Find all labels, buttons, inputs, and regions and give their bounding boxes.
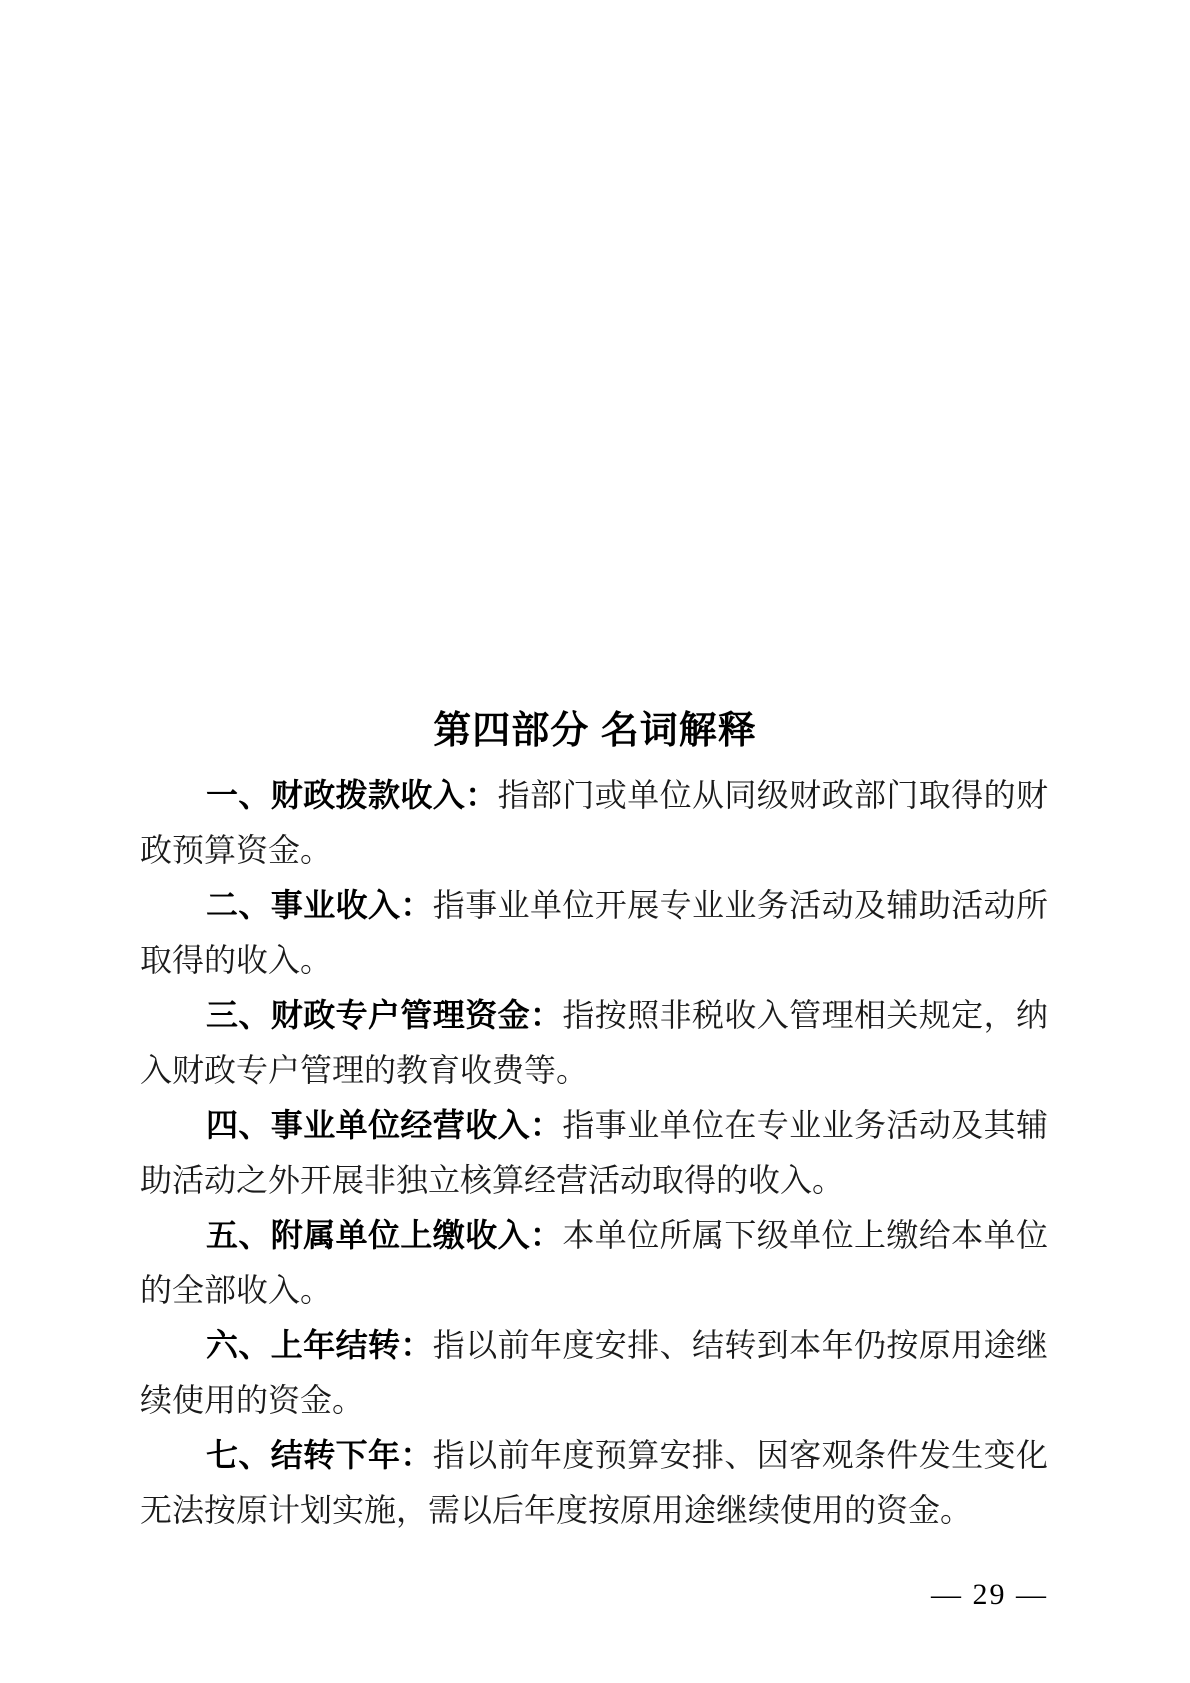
definition-item-1: 一、财政拨款收入：指部门或单位从同级财政部门取得的财政预算资金。 — [140, 768, 1048, 878]
definition-item-3: 三、财政专户管理资金：指按照非税收入管理相关规定，纳入财政专户管理的教育收费等。 — [140, 988, 1048, 1098]
definition-term: 四、事业单位经营收入： — [206, 1107, 562, 1143]
definition-item-5: 五、附属单位上缴收入：本单位所属下级单位上缴给本单位的全部收入。 — [140, 1208, 1048, 1318]
definition-term: 一、财政拨款收入： — [206, 777, 498, 813]
definition-term: 七、结转下年： — [206, 1437, 433, 1473]
definitions-list: 一、财政拨款收入：指部门或单位从同级财政部门取得的财政预算资金。 二、事业收入：… — [140, 768, 1048, 1538]
definition-term: 五、附属单位上缴收入： — [206, 1217, 562, 1253]
page-number: — 29 — — [931, 1578, 1048, 1612]
definition-term: 二、事业收入： — [206, 887, 433, 923]
definition-item-7: 七、结转下年：指以前年度预算安排、因客观条件发生变化无法按原计划实施，需以后年度… — [140, 1428, 1048, 1538]
section-title: 第四部分 名词解释 — [0, 708, 1190, 754]
definition-term: 三、财政专户管理资金： — [206, 997, 562, 1033]
definition-item-6: 六、上年结转：指以前年度安排、结转到本年仍按原用途继续使用的资金。 — [140, 1318, 1048, 1428]
definition-item-4: 四、事业单位经营收入：指事业单位在专业业务活动及其辅助活动之外开展非独立核算经营… — [140, 1098, 1048, 1208]
definition-term: 六、上年结转： — [206, 1327, 433, 1363]
definition-item-2: 二、事业收入：指事业单位开展专业业务活动及辅助活动所取得的收入。 — [140, 878, 1048, 988]
